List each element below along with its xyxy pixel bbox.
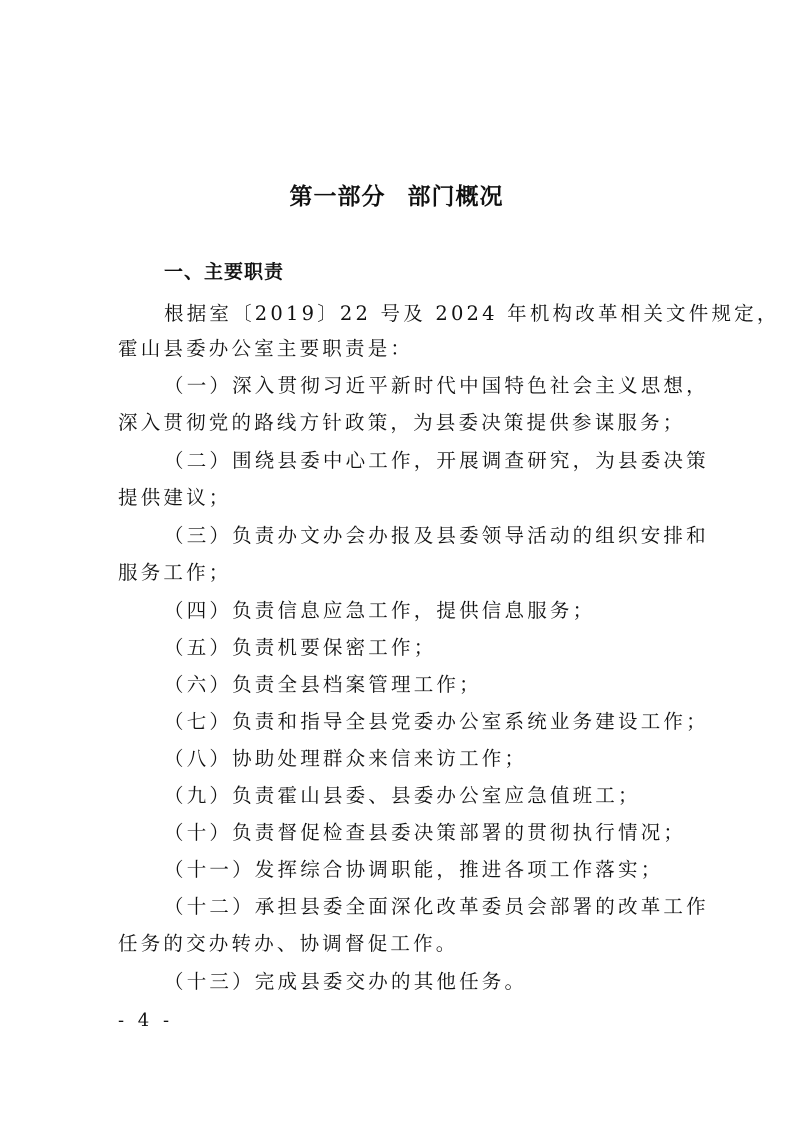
duty-5: （五）负责机要保密工作； xyxy=(164,632,436,660)
section-heading: 一、主要职责 xyxy=(164,257,284,284)
intro-line-2: 霍山县委办公室主要职责是： xyxy=(118,333,413,361)
duty-7: （七）负责和指导全县党委办公室系统业务建设工作； xyxy=(164,706,709,734)
duty-6: （六）负责全县档案管理工作； xyxy=(164,669,482,697)
page-title: 第一部分部门概况 xyxy=(0,178,793,211)
duty-11: （十一）发挥综合协调职能，推进各项工作落实； xyxy=(164,854,663,882)
duty-8: （八）协助处理群众来信来访工作； xyxy=(164,743,527,771)
title-name: 部门概况 xyxy=(408,184,504,210)
title-part: 第一部分 xyxy=(290,184,386,210)
duty-4: （四）负责信息应急工作，提供信息服务； xyxy=(164,595,595,623)
duty-3-line-2: 服务工作； xyxy=(118,557,232,585)
duty-13: （十三）完成县委交办的其他任务。 xyxy=(164,966,527,994)
duty-1-line-2: 深入贯彻党的路线方针政策，为县委决策提供参谋服务； xyxy=(118,407,686,435)
duty-2-line-1: （二）围绕县委中心工作，开展调查研究，为县委决策 xyxy=(164,445,709,473)
duty-12-line-1: （十二）承担县委全面深化改革委员会部署的改革工作 xyxy=(164,891,709,919)
intro-line-1: 根据室〔2019〕22 号及 2024 年机构改革相关文件规定， xyxy=(164,298,780,326)
duty-9: （九）负责霍山县委、县委办公室应急值班工； xyxy=(164,780,641,808)
page-number: - 4 - xyxy=(118,1010,173,1031)
duty-1-line-1: （一）深入贯彻习近平新时代中国特色社会主义思想， xyxy=(164,370,709,398)
duty-12-line-2: 任务的交办转办、协调督促工作。 xyxy=(118,928,459,956)
duty-10: （十）负责督促检查县委决策部署的贯彻执行情况； xyxy=(164,817,686,845)
duty-3-line-1: （三）负责办文办会办报及县委领导活动的组织安排和 xyxy=(164,520,709,548)
duty-2-line-2: 提供建议； xyxy=(118,482,232,510)
